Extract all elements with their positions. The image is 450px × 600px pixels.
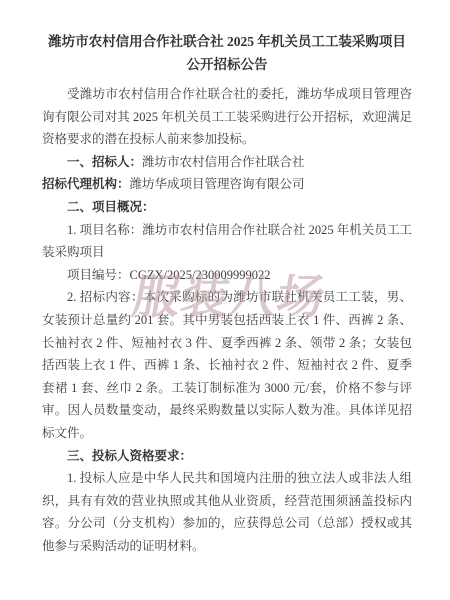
tenderer-value: 潍坊市农村信用合作社联合社 — [142, 155, 305, 169]
project-name-paragraph: 1. 项目名称：潍坊市农村信用合作社联合社 2025 年机关员工工装采购项目 — [42, 219, 412, 264]
tender-content-paragraph: 2. 招标内容：本次采购标的为潍坊市联社机关员工工装，男、女装预计总量约 201… — [42, 286, 412, 444]
document-page: 潍坊市农村信用合作社联合社 2025 年机关员工工装采购项目 公开招标公告 受潍… — [0, 0, 450, 600]
section3-heading: 三、投标人资格要求： — [42, 445, 412, 468]
agency-label: 招标代理机构： — [42, 177, 130, 191]
document-title: 潍坊市农村信用合作社联合社 2025 年机关员工工装采购项目 公开招标公告 — [42, 30, 412, 76]
agency-line: 招标代理机构：潍坊华成项目管理咨询有限公司 — [42, 173, 412, 196]
intro-paragraph: 受潍坊市农村信用合作社联合社的委托，潍坊华成项目管理咨询有限公司对其 2025 … — [42, 83, 412, 151]
document-title-line1: 潍坊市农村信用合作社联合社 2025 年机关员工工装采购项目 — [42, 30, 412, 53]
project-number-line: 项目编号：CGZX/2025/230009999022 — [42, 264, 412, 287]
tenderer-label: 一、招标人： — [67, 155, 142, 169]
qualification-paragraph: 1. 投标人应是中华人民共和国境内注册的独立法人或非法人组织，具有有效的营业执照… — [42, 467, 412, 557]
document-title-line2: 公开招标公告 — [42, 53, 412, 76]
section2-heading: 二、项目概况： — [42, 196, 412, 219]
document-content: 潍坊市农村信用合作社联合社 2025 年机关员工工装采购项目 公开招标公告 受潍… — [42, 30, 412, 557]
tenderer-line: 一、招标人：潍坊市农村信用合作社联合社 — [42, 151, 412, 174]
agency-value: 潍坊华成项目管理咨询有限公司 — [130, 177, 305, 191]
